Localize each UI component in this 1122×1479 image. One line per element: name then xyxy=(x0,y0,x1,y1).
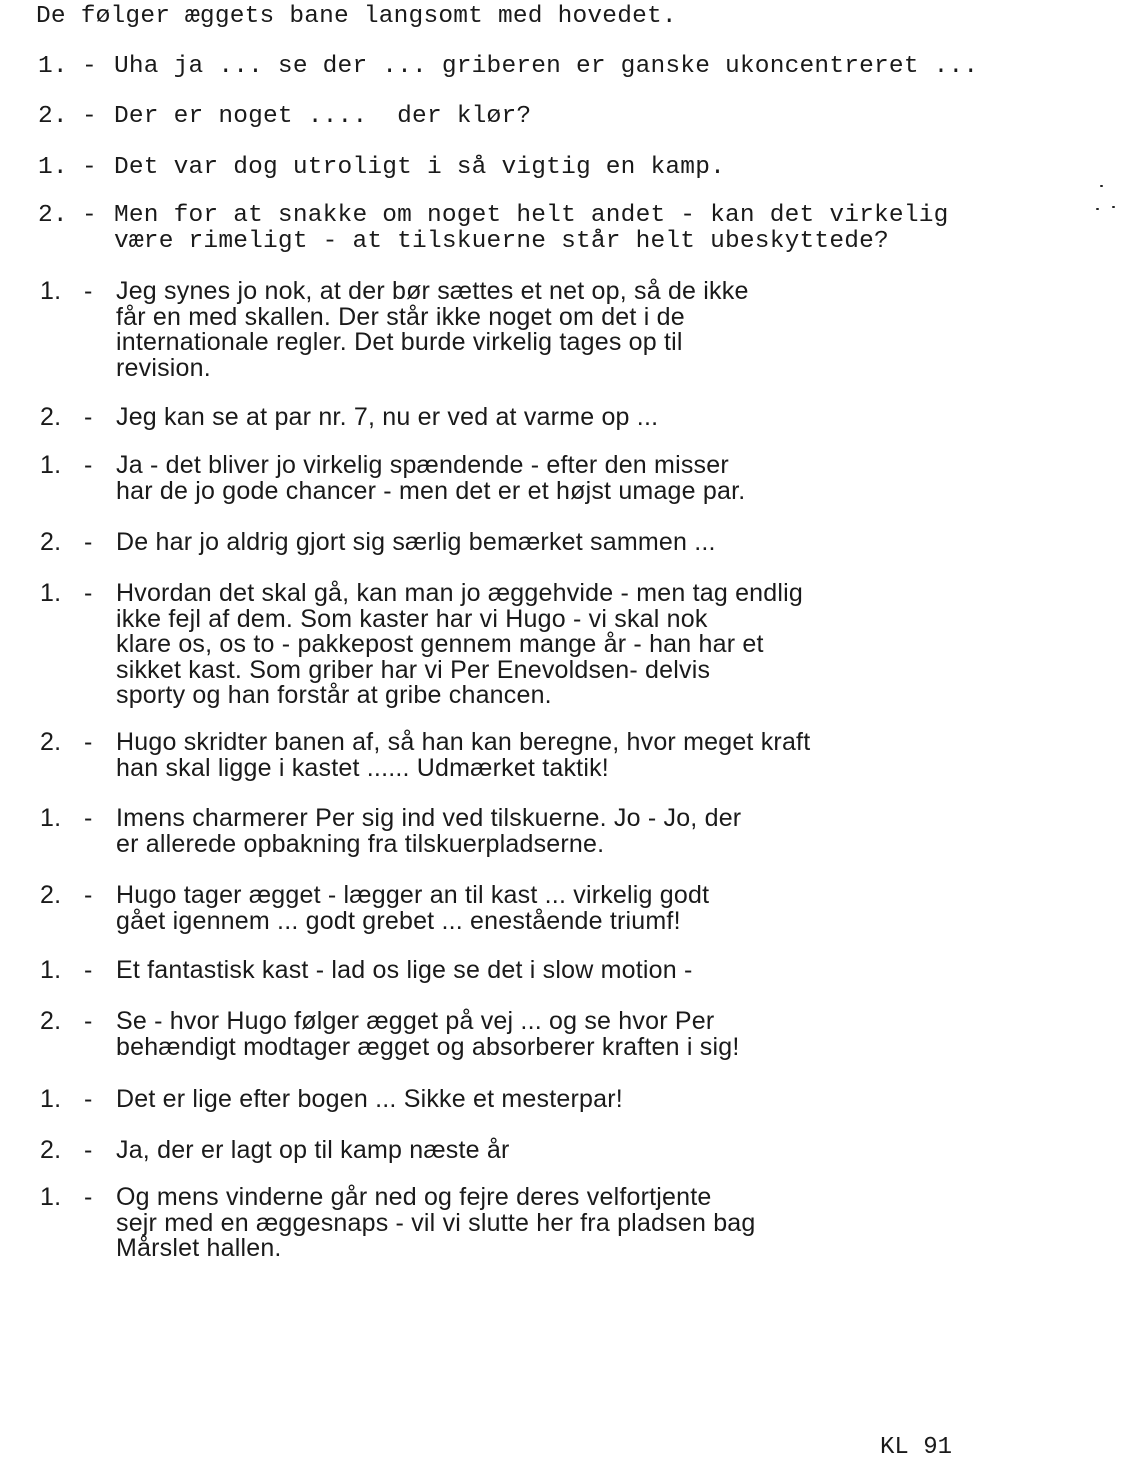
dialogue-dash: - xyxy=(82,155,114,181)
dialogue-dash: - xyxy=(84,1009,116,1035)
speaker-number: 1. xyxy=(40,279,84,305)
dialogue-line: revision. xyxy=(116,356,749,382)
dialogue-line: Men for at snakke om noget helt andet - … xyxy=(114,203,949,229)
dialogue-entry: 1.-Et fantastisk kast - lad os lige se d… xyxy=(40,958,693,984)
speaker-number: 1. xyxy=(40,806,84,832)
speaker-number: 2. xyxy=(38,104,82,130)
dialogue-line: Jeg kan se at par nr. 7, nu er ved at va… xyxy=(116,405,658,431)
dialogue-dash: - xyxy=(82,104,114,130)
dialogue-entry: 2.-Se - hvor Hugo følger ægget på vej ..… xyxy=(40,1009,739,1060)
speaker-number: 1. xyxy=(40,1185,84,1211)
dialogue-line: sikket kast. Som griber har vi Per Enevo… xyxy=(116,658,803,684)
dialogue-line: Det var dog utroligt i så vigtig en kamp… xyxy=(114,155,725,181)
dialogue-text: Der er noget .... der klør? xyxy=(114,104,531,130)
dialogue-dash: - xyxy=(84,1138,116,1164)
speaker-number: 2. xyxy=(38,203,82,229)
dialogue-text: Ja - det bliver jo virkelig spændende - … xyxy=(116,453,745,504)
dialogue-text: Jeg kan se at par nr. 7, nu er ved at va… xyxy=(116,405,658,431)
dialogue-entry: 1.-Det var dog utroligt i så vigtig en k… xyxy=(38,155,725,181)
page-footer: KL 91 xyxy=(880,1435,952,1461)
dialogue-text: Ja, der er lagt op til kamp næste år xyxy=(116,1138,510,1164)
dialogue-line: Uha ja ... se der ... griberen er ganske… xyxy=(114,54,978,80)
dialogue-text: Hugo skridter banen af, så han kan bereg… xyxy=(116,730,810,781)
dialogue-entry: 1.-Det er lige efter bogen ... Sikke et … xyxy=(40,1087,623,1113)
dialogue-line: Mårslet hallen. xyxy=(116,1236,756,1262)
dialogue-line: være rimeligt - at tilskuerne står helt … xyxy=(114,229,949,255)
dialogue-line: Der er noget .... der klør? xyxy=(114,104,531,130)
dialogue-line: Ja - det bliver jo virkelig spændende - … xyxy=(116,453,745,479)
dialogue-entry: 2.-De har jo aldrig gjort sig særlig bem… xyxy=(40,530,716,556)
dialogue-line: Og mens vinderne går ned og fejre deres … xyxy=(116,1185,756,1211)
dialogue-line: Det er lige efter bogen ... Sikke et mes… xyxy=(116,1087,623,1113)
dialogue-dash: - xyxy=(84,730,116,756)
dialogue-line: Hugo skridter banen af, så han kan bereg… xyxy=(116,730,810,756)
dialogue-dash: - xyxy=(84,806,116,832)
dialogue-entry: 2.-Der er noget .... der klør? xyxy=(38,104,531,130)
speaker-number: 1. xyxy=(40,453,84,479)
dialogue-line: han skal ligge i kastet ...... Udmærket … xyxy=(116,756,810,782)
dialogue-line: er allerede opbakning fra tilskuerpladse… xyxy=(116,832,741,858)
dialogue-dash: - xyxy=(84,1185,116,1211)
dialogue-text: Uha ja ... se der ... griberen er ganske… xyxy=(114,54,978,80)
dialogue-line: Se - hvor Hugo følger ægget på vej ... o… xyxy=(116,1009,739,1035)
dialogue-entry: 2.-Hugo tager ægget - lægger an til kast… xyxy=(40,883,709,934)
dialogue-text: Det er lige efter bogen ... Sikke et mes… xyxy=(116,1087,623,1113)
dialogue-entry: 1.-Jeg synes jo nok, at der bør sættes e… xyxy=(40,279,749,381)
dialogue-entry: 1.-Hvordan det skal gå, kan man jo æggeh… xyxy=(40,581,803,709)
dialogue-entry: 1.-Uha ja ... se der ... griberen er gan… xyxy=(38,54,978,80)
dialogue-line: sejr med en æggesnaps - vil vi slutte he… xyxy=(116,1211,756,1237)
dialogue-text: De har jo aldrig gjort sig særlig bemærk… xyxy=(116,530,716,556)
stage-direction: De følger æggets bane langsomt med hoved… xyxy=(36,4,677,30)
dialogue-entry: 2.-Ja, der er lagt op til kamp næste år xyxy=(40,1138,510,1164)
dialogue-text: Jeg synes jo nok, at der bør sættes et n… xyxy=(116,279,749,381)
dialogue-line: Jeg synes jo nok, at der bør sættes et n… xyxy=(116,279,749,305)
speaker-number: 2. xyxy=(40,1138,84,1164)
dialogue-line: får en med skallen. Der står ikke noget … xyxy=(116,305,749,331)
dialogue-line: Ja, der er lagt op til kamp næste år xyxy=(116,1138,510,1164)
dialogue-dash: - xyxy=(84,530,116,556)
dialogue-dash: - xyxy=(82,203,114,229)
dialogue-entry: 2.-Hugo skridter banen af, så han kan be… xyxy=(40,730,810,781)
dialogue-line: Hugo tager ægget - lægger an til kast ..… xyxy=(116,883,709,909)
dialogue-text: Det var dog utroligt i så vigtig en kamp… xyxy=(114,155,725,181)
dialogue-line: Et fantastisk kast - lad os lige se det … xyxy=(116,958,693,984)
dialogue-text: Og mens vinderne går ned og fejre deres … xyxy=(116,1185,756,1262)
dialogue-dash: - xyxy=(84,279,116,305)
scan-speck xyxy=(1100,185,1103,187)
scan-speck xyxy=(1112,206,1115,208)
speaker-number: 1. xyxy=(38,155,82,181)
speaker-number: 2. xyxy=(40,1009,84,1035)
dialogue-dash: - xyxy=(84,453,116,479)
dialogue-dash: - xyxy=(84,883,116,909)
dialogue-line: gået igennem ... godt grebet ... eneståe… xyxy=(116,909,709,935)
dialogue-dash: - xyxy=(84,405,116,431)
dialogue-line: ikke fejl af dem. Som kaster har vi Hugo… xyxy=(116,607,803,633)
dialogue-entry: 1.-Og mens vinderne går ned og fejre der… xyxy=(40,1185,756,1262)
dialogue-line: behændigt modtager ægget og absorberer k… xyxy=(116,1035,739,1061)
speaker-number: 2. xyxy=(40,730,84,756)
document-page: De følger æggets bane langsomt med hoved… xyxy=(0,0,1122,1479)
dialogue-dash: - xyxy=(84,958,116,984)
dialogue-text: Hugo tager ægget - lægger an til kast ..… xyxy=(116,883,709,934)
dialogue-line: internationale regler. Det burde virkeli… xyxy=(116,330,749,356)
speaker-number: 1. xyxy=(40,958,84,984)
speaker-number: 1. xyxy=(40,581,84,607)
dialogue-line: Hvordan det skal gå, kan man jo æggehvid… xyxy=(116,581,803,607)
dialogue-entry: 2.-Jeg kan se at par nr. 7, nu er ved at… xyxy=(40,405,658,431)
dialogue-entry: 2.-Men for at snakke om noget helt andet… xyxy=(38,203,949,254)
speaker-number: 1. xyxy=(40,1087,84,1113)
speaker-number: 2. xyxy=(40,405,84,431)
dialogue-line: sporty og han forstår at gribe chancen. xyxy=(116,683,803,709)
speaker-number: 2. xyxy=(40,883,84,909)
dialogue-text: Imens charmerer Per sig ind ved tilskuer… xyxy=(116,806,741,857)
speaker-number: 1. xyxy=(38,54,82,80)
dialogue-line: har de jo gode chancer - men det er et h… xyxy=(116,479,745,505)
dialogue-line: Imens charmerer Per sig ind ved tilskuer… xyxy=(116,806,741,832)
dialogue-entry: 1.-Ja - det bliver jo virkelig spændende… xyxy=(40,453,745,504)
dialogue-dash: - xyxy=(82,54,114,80)
scan-speck xyxy=(1096,208,1099,210)
dialogue-text: Et fantastisk kast - lad os lige se det … xyxy=(116,958,693,984)
dialogue-dash: - xyxy=(84,1087,116,1113)
dialogue-entry: 1.-Imens charmerer Per sig ind ved tilsk… xyxy=(40,806,741,857)
dialogue-line: De har jo aldrig gjort sig særlig bemærk… xyxy=(116,530,716,556)
dialogue-text: Men for at snakke om noget helt andet - … xyxy=(114,203,949,254)
speaker-number: 2. xyxy=(40,530,84,556)
dialogue-dash: - xyxy=(84,581,116,607)
dialogue-text: Se - hvor Hugo følger ægget på vej ... o… xyxy=(116,1009,739,1060)
dialogue-line: klare os, os to - pakkepost gennem mange… xyxy=(116,632,803,658)
dialogue-text: Hvordan det skal gå, kan man jo æggehvid… xyxy=(116,581,803,709)
